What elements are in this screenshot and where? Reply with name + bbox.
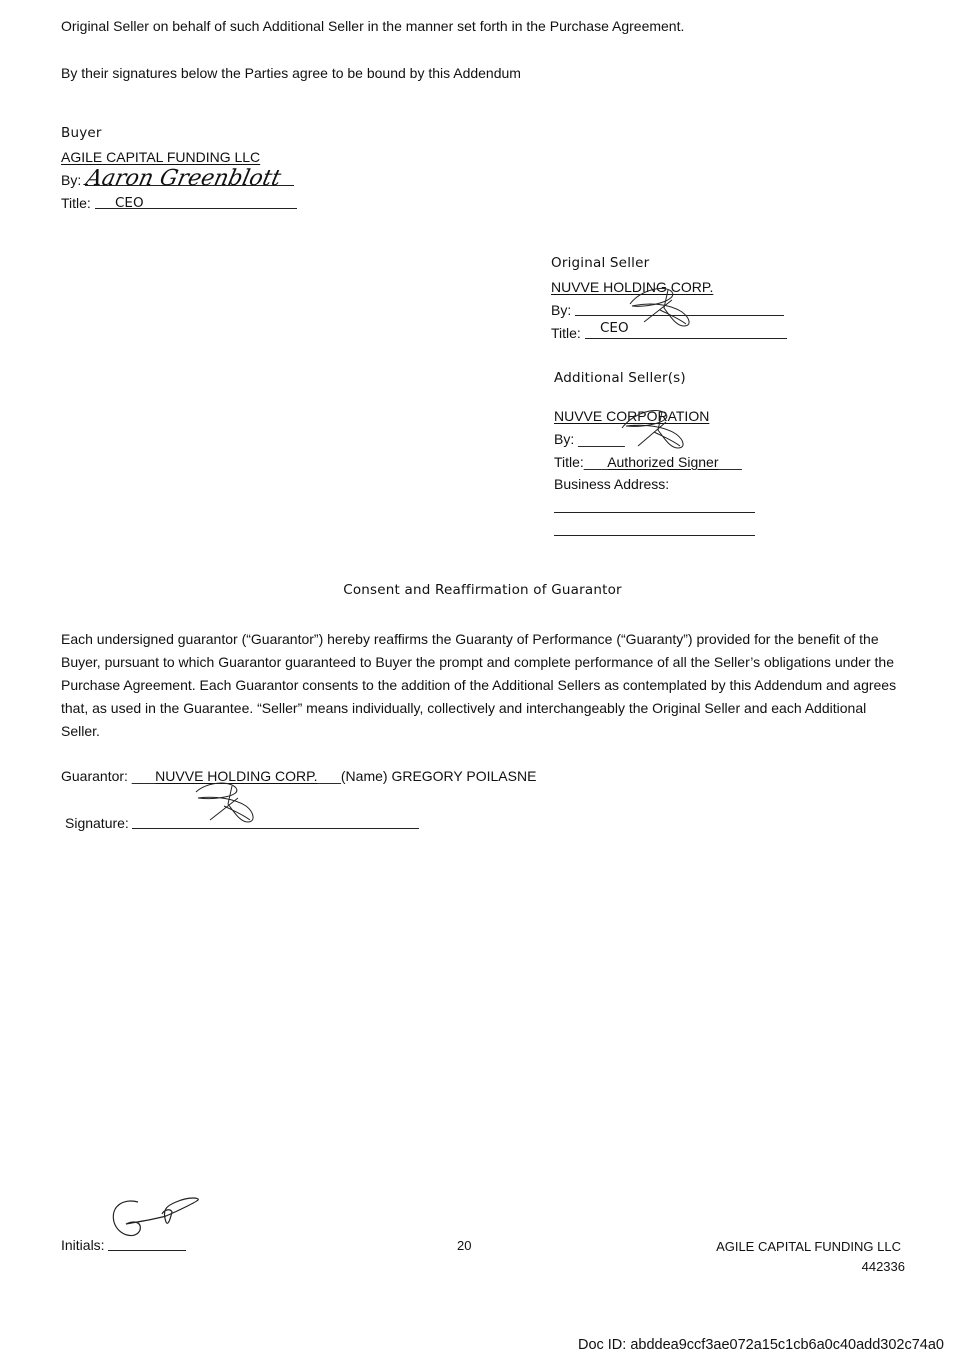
intro-line-2: By their signatures below the Parties ag… — [61, 66, 521, 80]
original-seller-title-line — [585, 338, 787, 339]
address-line-2 — [554, 535, 755, 536]
original-seller-title-value: CEO — [600, 322, 629, 336]
footer-company: AGILE CAPITAL FUNDING LLC — [716, 1240, 901, 1253]
additional-seller-by: By: ______ — [554, 432, 625, 446]
additional-seller-title-value: Authorized Signer — [607, 454, 718, 470]
footer-code: 442336 — [862, 1260, 905, 1273]
guarantor-label: Guarantor: ___ — [61, 768, 155, 784]
additional-seller-title-label: Title:___ — [554, 454, 607, 470]
original-seller-by-label: By: — [551, 303, 571, 317]
initials-signature-icon — [110, 1196, 202, 1242]
buyer-signature-text: Aaron Greenblott — [82, 165, 284, 191]
original-seller-signature-icon — [620, 282, 700, 330]
buyer-heading: Buyer — [61, 127, 102, 141]
additional-seller-title-trail: ___ — [718, 454, 741, 470]
additional-seller-address-label: Business Address: — [554, 477, 669, 491]
guarantor-paragraph: Each undersigned guarantor (“Guarantor”)… — [61, 628, 906, 743]
guarantor-line: Guarantor: ___NUVVE HOLDING CORP.___(Nam… — [61, 769, 536, 783]
address-line-1 — [554, 512, 755, 513]
buyer-signature-icon: Aaron Greenblott — [88, 161, 258, 193]
intro-line-1: Original Seller on behalf of such Additi… — [61, 19, 684, 33]
additional-seller-heading: Additional Seller(s) — [554, 372, 686, 386]
additional-seller-signature-icon — [616, 406, 696, 454]
signature-label: Signature: — [65, 816, 129, 830]
doc-id: Doc ID: abddea9ccf3ae072a15c1cb6a0c40add… — [578, 1338, 944, 1353]
guarantor-name: __(Name) GREGORY POILASNE — [325, 768, 536, 784]
additional-seller-title: Title:___Authorized Signer___ — [554, 455, 742, 469]
page-number: 20 — [457, 1239, 471, 1252]
buyer-title-label: Title: — [61, 196, 91, 210]
original-seller-heading: Original Seller — [551, 257, 649, 271]
guarantor-signature-icon — [192, 782, 262, 826]
initials-line — [108, 1250, 186, 1251]
original-seller-title-label: Title: — [551, 326, 581, 340]
buyer-by-label: By: — [61, 173, 81, 187]
initials-label: Initials: — [61, 1238, 105, 1252]
buyer-title-value: CEO — [115, 197, 144, 211]
signature-line — [132, 828, 419, 829]
guarantor-section-heading: Consent and Reaffirmation of Guarantor — [0, 584, 965, 598]
